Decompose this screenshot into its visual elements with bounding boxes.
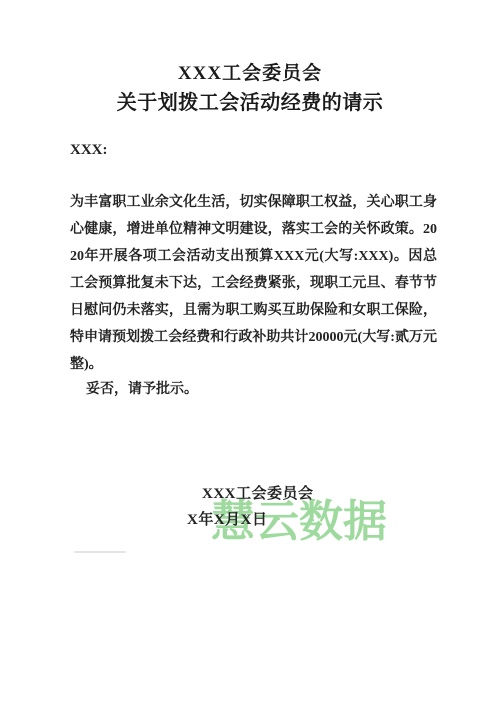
signature-date: X年X月X日 — [187, 508, 268, 529]
salutation: XXX: — [70, 142, 108, 159]
body-paragraph: 为丰富职工业余文化生活，切实保障职工权益，关心职工身心健康，增进单位精神文明建设… — [70, 189, 437, 378]
scan-artifact-line — [74, 551, 126, 553]
document-page: XXX工会委员会 关于划拨工会活动经费的请示 XXX: 为丰富职工业余文化生活，… — [0, 0, 500, 708]
document-title: XXX工会委员会 — [0, 58, 500, 85]
closing-line: 妥否，请予批示。 — [70, 376, 437, 403]
document-subtitle: 关于划拨工会活动经费的请示 — [0, 86, 500, 115]
signature-name: XXX工会委员会 — [202, 482, 314, 503]
